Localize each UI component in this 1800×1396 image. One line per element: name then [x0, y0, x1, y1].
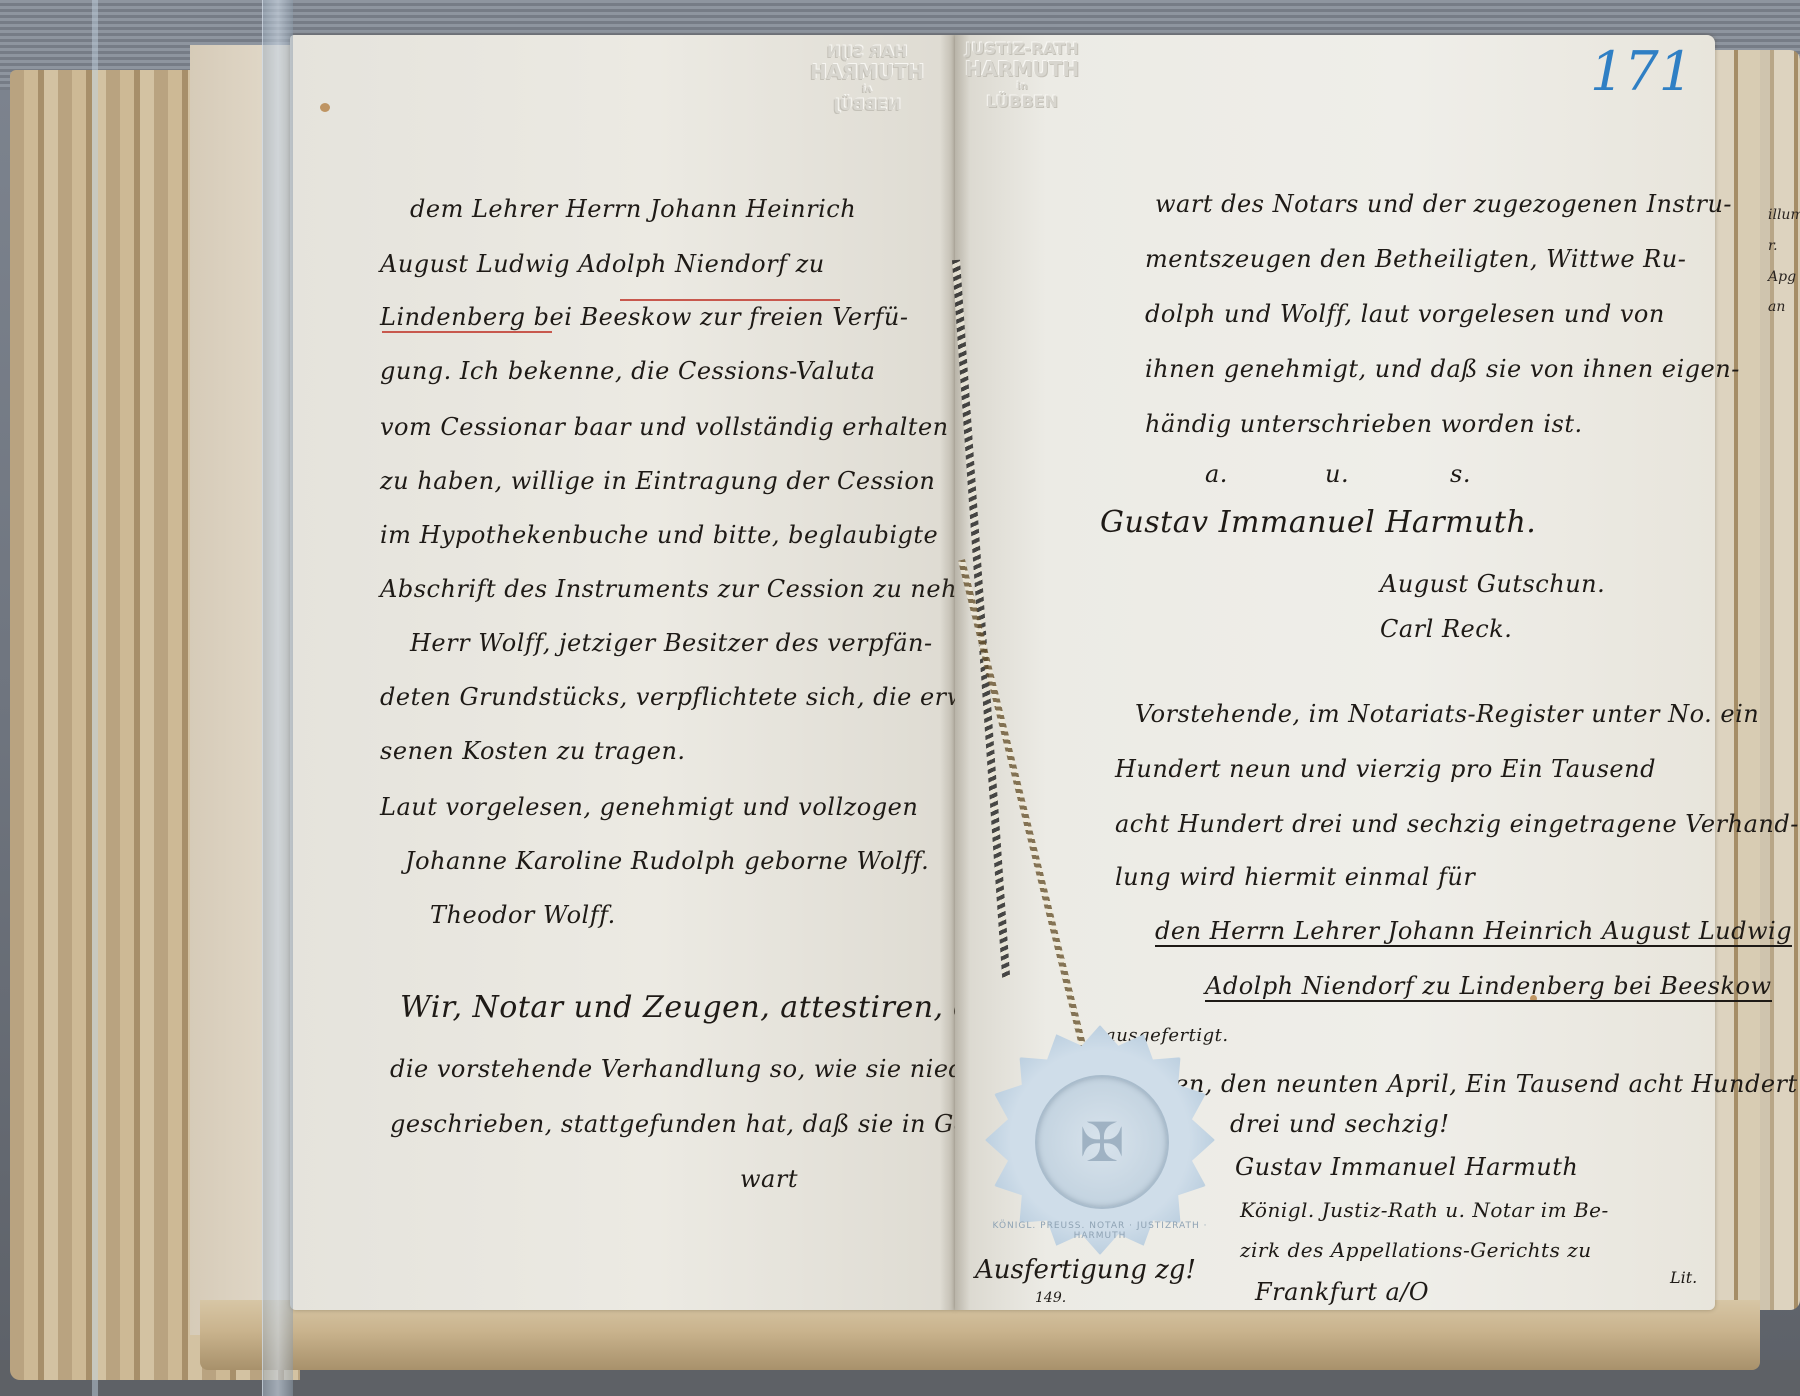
text-line: senen Kosten zu tragen. — [380, 737, 686, 765]
ausfertigung-note: Ausfertigung zg! — [975, 1255, 1196, 1285]
text-line: wart des Notars und der zugezogenen Inst… — [1155, 190, 1732, 218]
text-line: händig unterschrieben worden ist. — [1145, 410, 1583, 438]
closing-title: Königl. Justiz-Rath u. Notar im Be- — [1240, 1198, 1609, 1222]
text-line: deten Grundstücks, verpflichtete sich, d… — [380, 683, 1021, 711]
place-date-cont: drei und sechzig! — [1230, 1110, 1450, 1138]
red-underline — [382, 331, 552, 333]
approval-line: Laut vorgelesen, genehmigt und vollzogen — [380, 793, 918, 821]
red-underline — [620, 299, 840, 301]
seal-ring-text: KÖNIGL. PREUSS. NOTAR · JUSTIZRATH · HAR… — [985, 1221, 1215, 1241]
notary-signature: Gustav Immanuel Harmuth. — [1100, 505, 1536, 540]
open-book: illum r. Apg an HAR SIJN HTUMRAH ʌi NƎBB… — [0, 0, 1800, 1396]
closing-place: Frankfurt a/O — [1255, 1278, 1429, 1306]
edge-fragment: Apg — [1768, 262, 1800, 293]
ausfertigung-number: 149. — [1035, 1290, 1066, 1306]
text-line: im Hypothekenbuche und bitte, beglaubigt… — [380, 521, 938, 549]
aus-s: s. — [1450, 460, 1471, 488]
plexiglass-clamp — [92, 0, 98, 1396]
footer-mark: Lit. — [1670, 1268, 1697, 1287]
text-line: geschrieben, stattgefunden hat, daß sie … — [390, 1110, 1024, 1138]
text-line: Lindenberg bei Beeskow zur freien Verfü- — [380, 303, 909, 331]
left-page: HAR SIJN HTUMRAH ʌi NƎBBÜJ dem Lehrer He… — [290, 35, 955, 1310]
edge-fragment: illum — [1768, 200, 1800, 231]
text-line: lung wird hiermit einmal für — [1115, 863, 1475, 891]
plexiglass-clamp — [262, 0, 293, 1396]
text-line: Abschrift des Instruments zur Cession zu… — [380, 575, 1019, 603]
eagle-icon: ✠ — [1035, 1075, 1169, 1209]
text-line: mentszeugen den Betheiligten, Wittwe Ru- — [1145, 245, 1686, 273]
text-line: dem Lehrer Herrn Johann Heinrich — [410, 195, 856, 223]
paper-seal: ✠ KÖNIGL. PREUSS. NOTAR · JUSTIZRATH · H… — [985, 1025, 1215, 1255]
witness-signature: Carl Reck. — [1380, 615, 1512, 643]
bottom-page-stack — [200, 1300, 1760, 1370]
signature-rudolph: Johanne Karoline Rudolph geborne Wolff. — [405, 847, 929, 875]
folio-number: 171 — [1590, 40, 1693, 103]
witness-signature: August Gutschun. — [1380, 570, 1605, 598]
closing-title: zirk des Appellations-Gerichts zu — [1240, 1238, 1592, 1262]
edge-fragment: r. — [1768, 231, 1800, 262]
text-line: zu haben, willige in Eintragung der Cess… — [380, 467, 935, 495]
text-line: August Ludwig Adolph Niendorf zu — [380, 250, 825, 278]
text-line: die vorstehende Verhandlung so, wie sie … — [390, 1055, 1000, 1083]
text-line: Herr Wolff, jetziger Besitzer des verpfä… — [410, 629, 933, 657]
right-page-stack: illum r. Apg an — [1700, 50, 1800, 1310]
signature-wolff: Theodor Wolff. — [430, 901, 616, 929]
text-line: dolph und Wolff, laut vorgelesen und von — [1145, 300, 1665, 328]
text-line: Hundert neun und vierzig pro Ein Tausend — [1115, 755, 1656, 783]
aus-a: a. — [1205, 460, 1228, 488]
text-line: gung. Ich bekenne, die Cessions-Valuta — [380, 357, 875, 385]
text-line: vom Cessionar baar und vollständig erhal… — [380, 413, 949, 441]
text-line-underlined: den Herrn Lehrer Johann Heinrich August … — [1155, 917, 1792, 947]
text-line-underlined: Adolph Niendorf zu Lindenberg bei Beesko… — [1205, 972, 1772, 1002]
text-line: Wir, Notar und Zeugen, attestiren, daß — [400, 990, 1012, 1025]
text-line: wart — [740, 1165, 798, 1193]
book-gutter — [940, 35, 970, 1310]
edge-fragment: an — [1768, 292, 1800, 323]
aus-u: u. — [1325, 460, 1349, 488]
text-line: acht Hundert drei und sechzig eingetrage… — [1115, 810, 1799, 838]
text-line: Vorstehende, im Notariats-Register unter… — [1135, 700, 1759, 728]
text-line: ihnen genehmigt, und daß sie von ihnen e… — [1145, 355, 1740, 383]
closing-signature: Gustav Immanuel Harmuth — [1235, 1153, 1578, 1181]
left-page-text: dem Lehrer Herrn Johann Heinrich August … — [290, 35, 955, 1310]
